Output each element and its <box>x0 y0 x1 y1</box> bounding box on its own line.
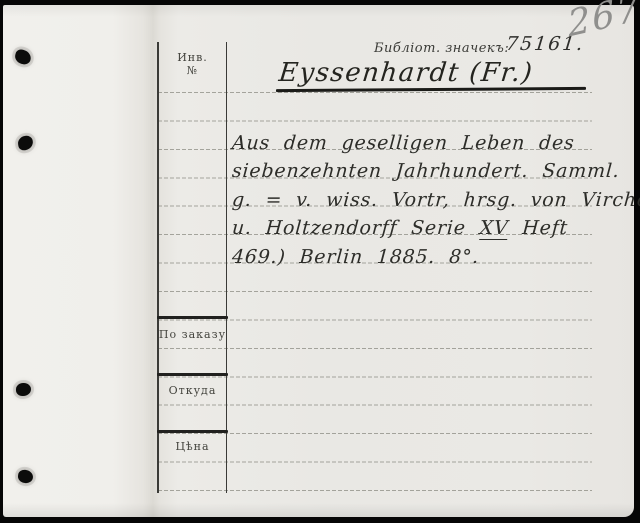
section-divider <box>157 430 228 433</box>
catalog-entry-line-post: Heft <box>508 217 569 239</box>
library-mark-label: Библіот. значекъ: <box>374 41 509 56</box>
inventory-number-label: Инв. № <box>158 51 227 77</box>
author-heading: Eyssenhardt (Fr.) <box>277 58 534 88</box>
column-left-border <box>157 42 159 493</box>
inventory-label-line2: № <box>158 64 227 77</box>
on-order-label: По заказу <box>158 328 227 341</box>
catalog-entry-line: 469.) Berlin 1885. 8°. <box>231 243 613 271</box>
catalog-entry-line: g. = v. wiss. Vortr, hrsg. von Virchow <box>231 186 613 214</box>
catalog-entry-line: Aus dem geselligen Leben des <box>231 129 613 157</box>
origin-label: Откуда <box>158 384 227 397</box>
price-label: Цѣна <box>158 440 227 453</box>
inventory-label-line1: Инв. <box>158 51 227 64</box>
catalog-entry-line: siebenzehnten Jahrhundert. Samml. <box>231 157 613 185</box>
column-right-border <box>226 42 228 493</box>
section-divider <box>157 373 228 376</box>
scanned-catalog-card: Инв. № По заказу Откуда Цѣна Библіот. зн… <box>0 0 640 523</box>
catalog-entry-line: u. Holtzendorff Serie XV Heft <box>231 214 613 242</box>
catalog-entry-line-pre: u. Holtzendorff Serie <box>231 217 480 239</box>
series-number: XV <box>479 217 509 240</box>
section-divider <box>157 316 228 319</box>
catalog-entry: Aus dem geselligen Leben des siebenzehnt… <box>232 129 612 271</box>
